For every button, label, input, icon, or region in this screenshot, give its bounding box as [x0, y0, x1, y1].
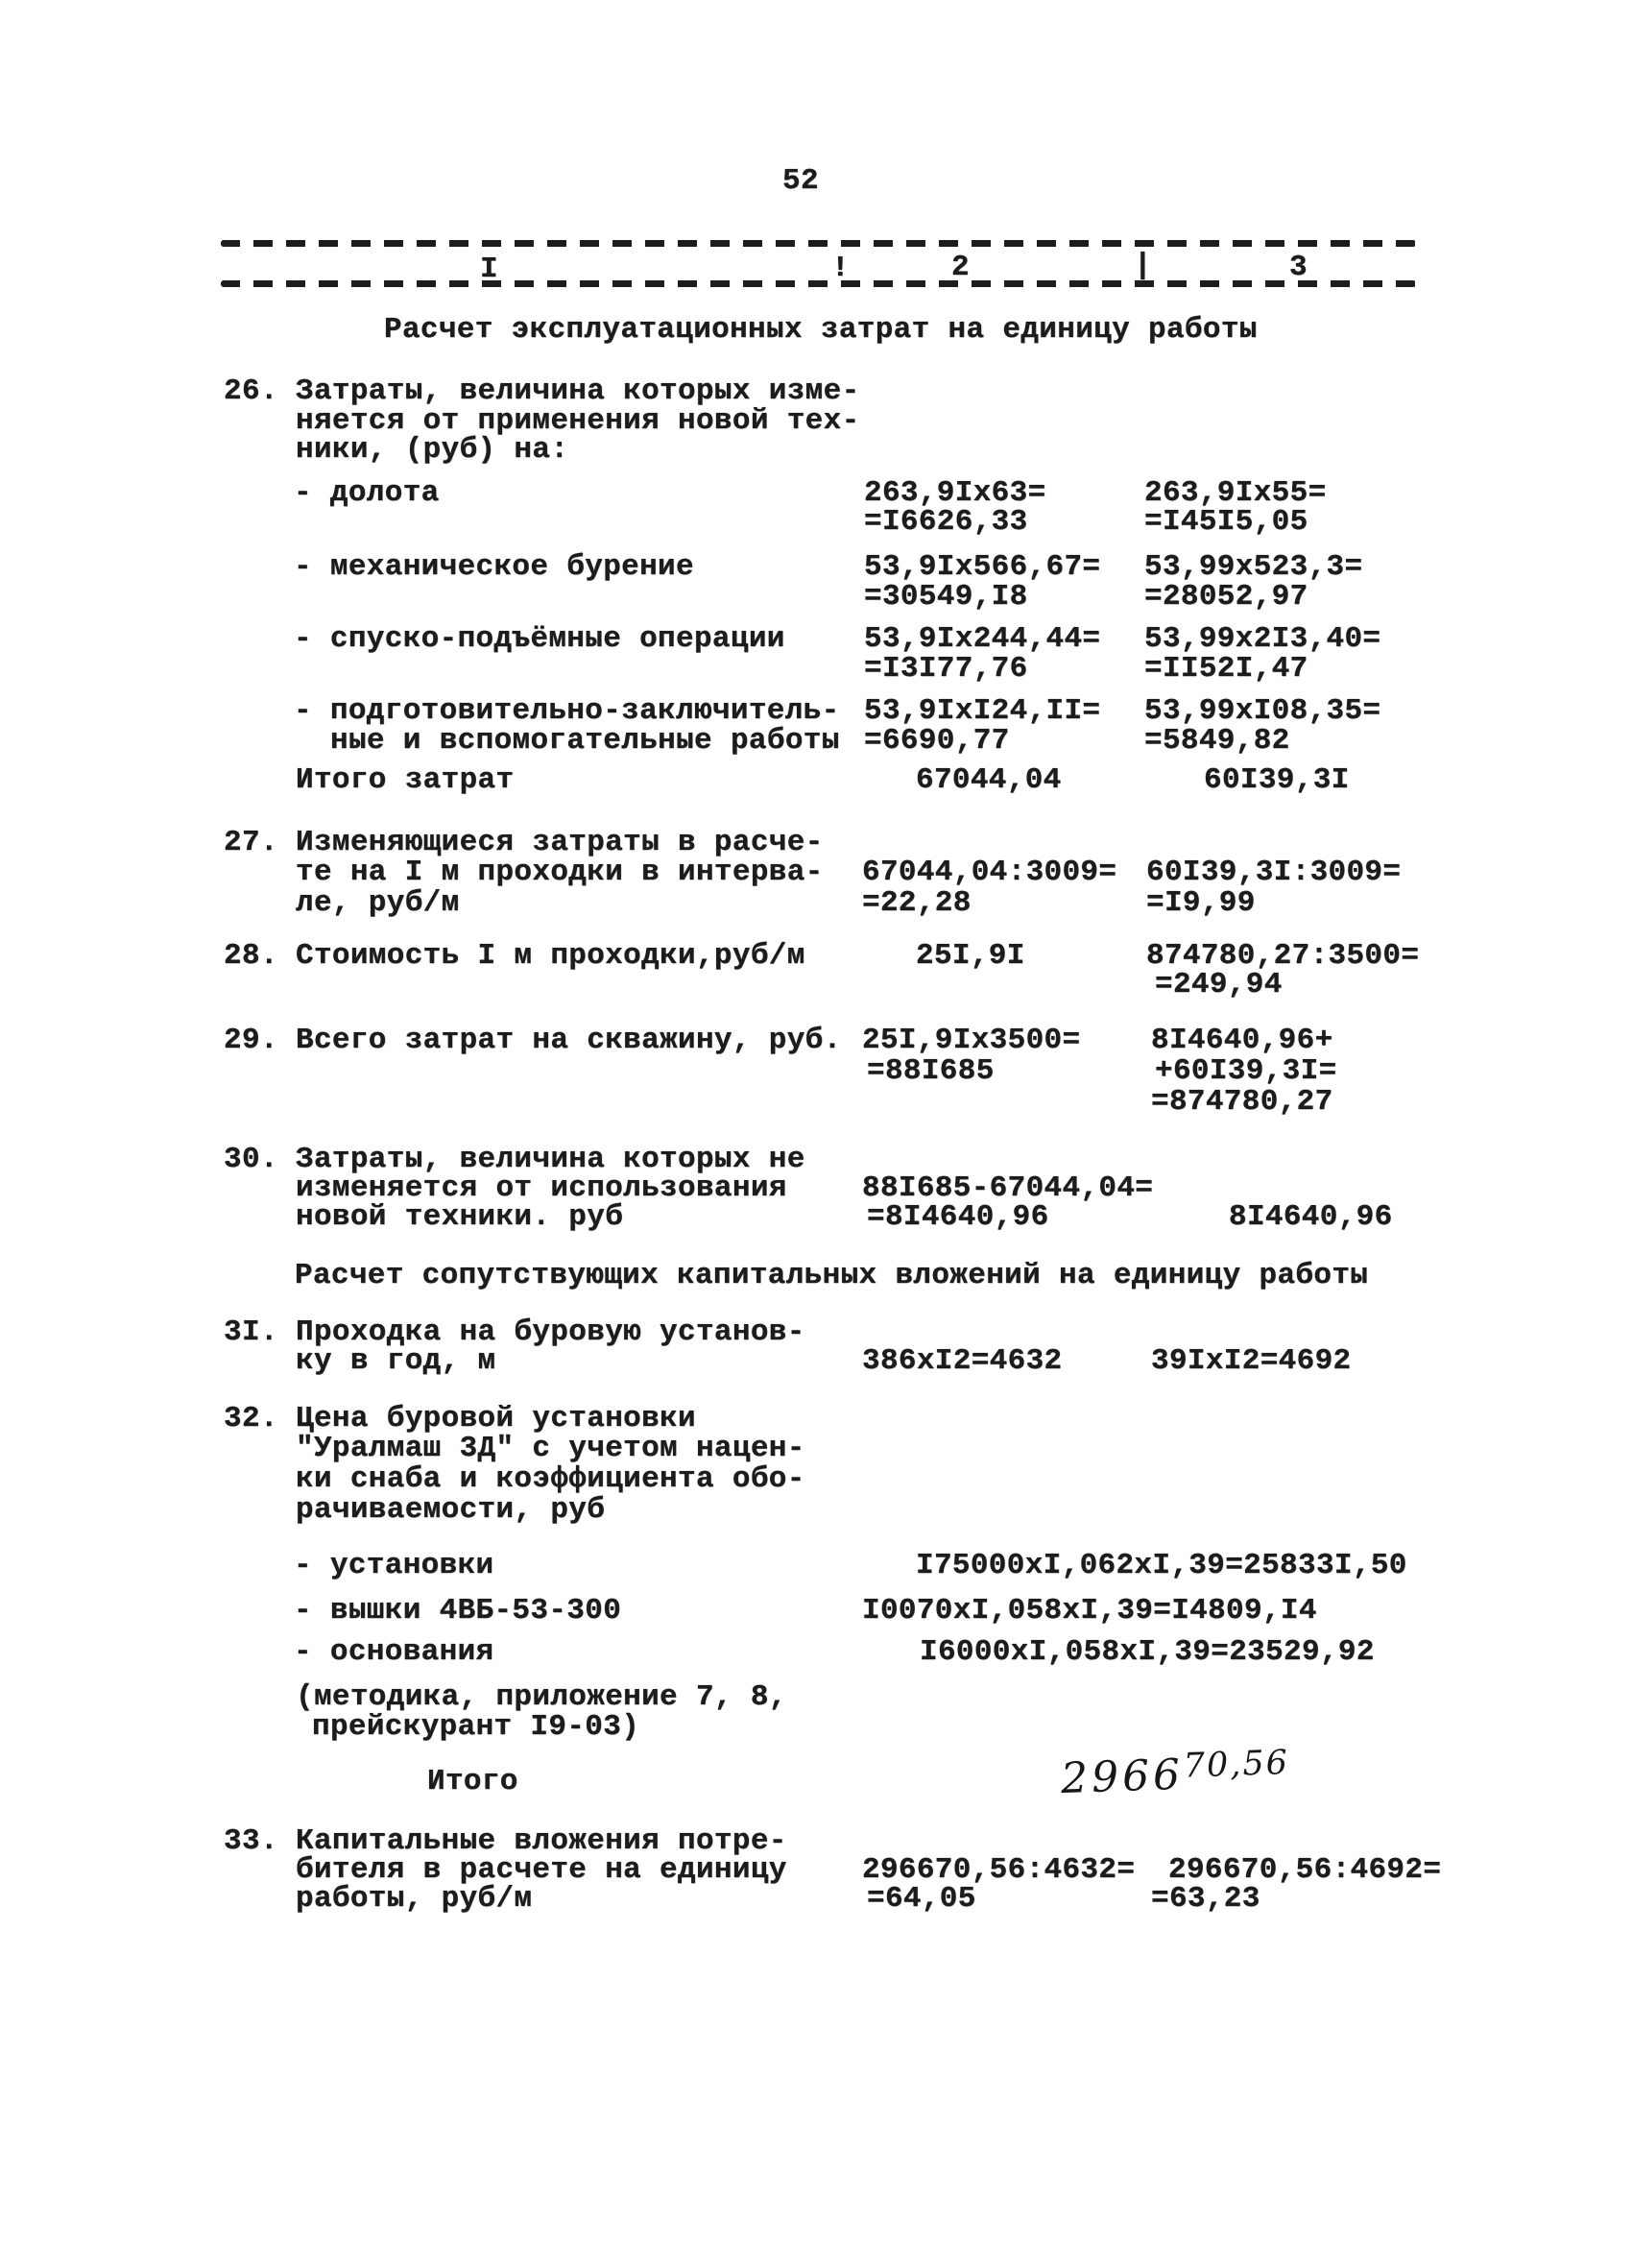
item-29-value1-line1: 25I,9Ix3500= — [862, 1025, 1080, 1055]
page-number: 52 — [782, 166, 819, 196]
table-border-dashed-top — [221, 240, 1416, 247]
item-32-label-line-4: рачиваемости, руб — [296, 1495, 605, 1525]
document-page: 52 I ! 2 | 3 Расчет эксплуатационных зат… — [0, 0, 1632, 2268]
row-mehbur-value2-line2: =28052,97 — [1144, 582, 1308, 612]
table-col-number-2: 2 — [951, 253, 970, 282]
itogo-handwritten-part2: 70,56 — [1183, 1744, 1290, 1786]
item-27-label-line-1: Изменяющиеся затраты в расче- — [296, 828, 824, 857]
row-podgot-value1-line1: 53,9IxI24,II= — [864, 696, 1100, 726]
item-33-label-line-1: Капитальные вложения потре- — [296, 1826, 787, 1856]
row-podgot-value1-line2: =6690,77 — [864, 726, 1010, 756]
row-spusko-label: - спуско-подъёмные операции — [294, 624, 785, 654]
item-30-value1-line1: 88I685-67044,04= — [862, 1173, 1153, 1203]
row-mehbur-label: - механическое бурение — [294, 552, 694, 582]
row-dolota-value2-line1: 263,9Ix55= — [1144, 478, 1327, 508]
item-29-value1-line2: =88I685 — [867, 1056, 995, 1086]
item-27-value1-line1: 67044,04:3009= — [862, 857, 1116, 887]
item-27-number: 27. — [224, 828, 278, 857]
row-itogo-zatrat-value2: 60I39,3I — [1204, 765, 1350, 795]
row-spusko-value1-line2: =I3I77,76 — [864, 654, 1028, 684]
item-30-label-line-3: новой техники. руб — [296, 1202, 623, 1232]
row-mehbur-value1-line2: =30549,I8 — [864, 582, 1028, 612]
row-itogo-zatrat-value1: 67044,04 — [916, 765, 1062, 795]
row-vyshki-label: - вышки 4ВБ-53-300 — [294, 1596, 621, 1626]
item-33-value1-line1: 296670,56:4632= — [862, 1855, 1135, 1885]
row-itogo-zatrat-label: Итого затрат — [296, 765, 514, 795]
item-32-label-line-1: Цена буровой установки — [296, 1404, 696, 1434]
row-dolota-value1-line1: 263,9Ix63= — [864, 478, 1046, 508]
item-33-label-line-2: бителя в расчете на единицу — [296, 1855, 787, 1885]
item-32-label-line-3: ки снаба и коэффициента обо- — [296, 1464, 805, 1494]
item-30-label-line-1: Затраты, величина которых не — [296, 1145, 805, 1174]
item-27-value1-line2: =22,28 — [862, 888, 972, 918]
item-31-label-line-2: ку в год, м — [296, 1346, 495, 1376]
row-mehbur-value2-line1: 53,99x523,3= — [1144, 552, 1362, 582]
item-27-value2-line1: 60I39,3I:3009= — [1146, 857, 1401, 887]
item-29-number: 29. — [224, 1025, 278, 1055]
row-ustanovki-value: I75000xI,062xI,39=25833I,50 — [916, 1551, 1407, 1580]
row-spusko-value2-line1: 53,99x2I3,40= — [1144, 624, 1380, 654]
row-podgot-label-line-2: ные и вспомогательные работы — [330, 726, 840, 756]
item-31-number: 3I. — [224, 1317, 278, 1347]
item-33-number: 33. — [224, 1826, 278, 1856]
item-26-label-line-2: няется от применения новой тех- — [296, 406, 860, 436]
section2-title: Расчет сопутствующих капитальных вложени… — [295, 1261, 1368, 1291]
row-osnovaniya-value: I6000xI,058xI,39=23529,92 — [920, 1637, 1375, 1667]
item-29-value2-line2: +60I39,3I= — [1155, 1056, 1337, 1086]
item-31-label-line-1: Проходка на буровую установ- — [296, 1317, 805, 1347]
itogo-label: Итого — [427, 1767, 518, 1797]
row-osnovaniya-label: - основания — [294, 1637, 493, 1667]
row-dolota-value2-line2: =I45I5,05 — [1144, 507, 1308, 537]
row-mehbur-value1-line1: 53,9Ix566,67= — [864, 552, 1100, 582]
item-29-value2-line1: 8I4640,96+ — [1151, 1025, 1333, 1055]
item-29-value2-line3: =874780,27 — [1151, 1087, 1333, 1117]
row-dolota-value1-line2: =I6626,33 — [864, 507, 1028, 537]
item-28-label: Стоимость I м проходки,руб/м — [296, 941, 805, 971]
item-29-label: Всего затрат на скважину, руб. — [296, 1025, 842, 1055]
item-28-value2-line1: 874780,27:3500= — [1146, 941, 1419, 971]
item-30-value1-line2: =8I4640,96 — [867, 1202, 1049, 1232]
item-30-number: 30. — [224, 1145, 278, 1174]
item-26-number: 26. — [224, 376, 278, 406]
item-32-number: 32. — [224, 1404, 278, 1434]
row-ustanovki-label: - установки — [294, 1551, 493, 1580]
metodika-note-line-1: (методика, приложение 7, 8, — [296, 1682, 787, 1712]
row-dolota-label: - долота — [294, 478, 440, 508]
item-28-value2-line2: =249,94 — [1155, 970, 1283, 1000]
itogo-handwritten-value: 296670,56 — [1060, 1744, 1290, 1803]
row-spusko-value1-line1: 53,9Ix244,44= — [864, 624, 1100, 654]
table-col-separator-2: | — [1134, 251, 1152, 280]
item-30-value2: 8I4640,96 — [1229, 1202, 1393, 1232]
item-33-label-line-3: работы, руб/м — [296, 1884, 532, 1914]
row-vyshki-value: I0070xI,058xI,39=I4809,I4 — [862, 1596, 1317, 1626]
item-30-label-line-2: изменяется от использования — [296, 1173, 787, 1203]
item-33-value2-line1: 296670,56:4692= — [1168, 1855, 1441, 1885]
table-col-number-3: 3 — [1289, 253, 1308, 282]
row-spusko-value2-line2: =II52I,47 — [1144, 654, 1308, 684]
item-27-label-line-3: ле, руб/м — [296, 888, 460, 918]
table-border-dashed-bottom — [221, 280, 1416, 287]
item-31-value1: 386xI2=4632 — [862, 1346, 1062, 1376]
itogo-handwritten-part1: 2966 — [1060, 1750, 1185, 1803]
row-podgot-value2-line1: 53,99xI08,35= — [1144, 696, 1380, 726]
item-28-number: 28. — [224, 941, 278, 971]
table-col-separator-1: ! — [831, 253, 850, 283]
row-podgot-label-line-1: - подготовительно-заключитель- — [294, 696, 840, 726]
item-32-label-line-2: "Уралмаш 3Д" с учетом нацен- — [296, 1434, 805, 1463]
row-podgot-value2-line2: =5849,82 — [1144, 726, 1290, 756]
section1-title: Расчет эксплуатационных затрат на единиц… — [384, 315, 1258, 345]
item-33-value2-line2: =63,23 — [1151, 1884, 1260, 1914]
item-26-label-line-1: Затраты, величина которых изме- — [296, 376, 860, 406]
item-26-label-line-3: ники, (руб) на: — [296, 435, 568, 465]
item-28-value1: 25I,9I — [916, 941, 1025, 971]
item-31-value2: 39IxI2=4692 — [1151, 1346, 1351, 1376]
item-27-value2-line2: =I9,99 — [1146, 888, 1256, 918]
metodika-note-line-2: прейскурант I9-03) — [312, 1712, 639, 1742]
item-27-label-line-2: те на I м проходки в интерва- — [296, 857, 824, 887]
item-33-value1-line2: =64,05 — [867, 1884, 976, 1914]
